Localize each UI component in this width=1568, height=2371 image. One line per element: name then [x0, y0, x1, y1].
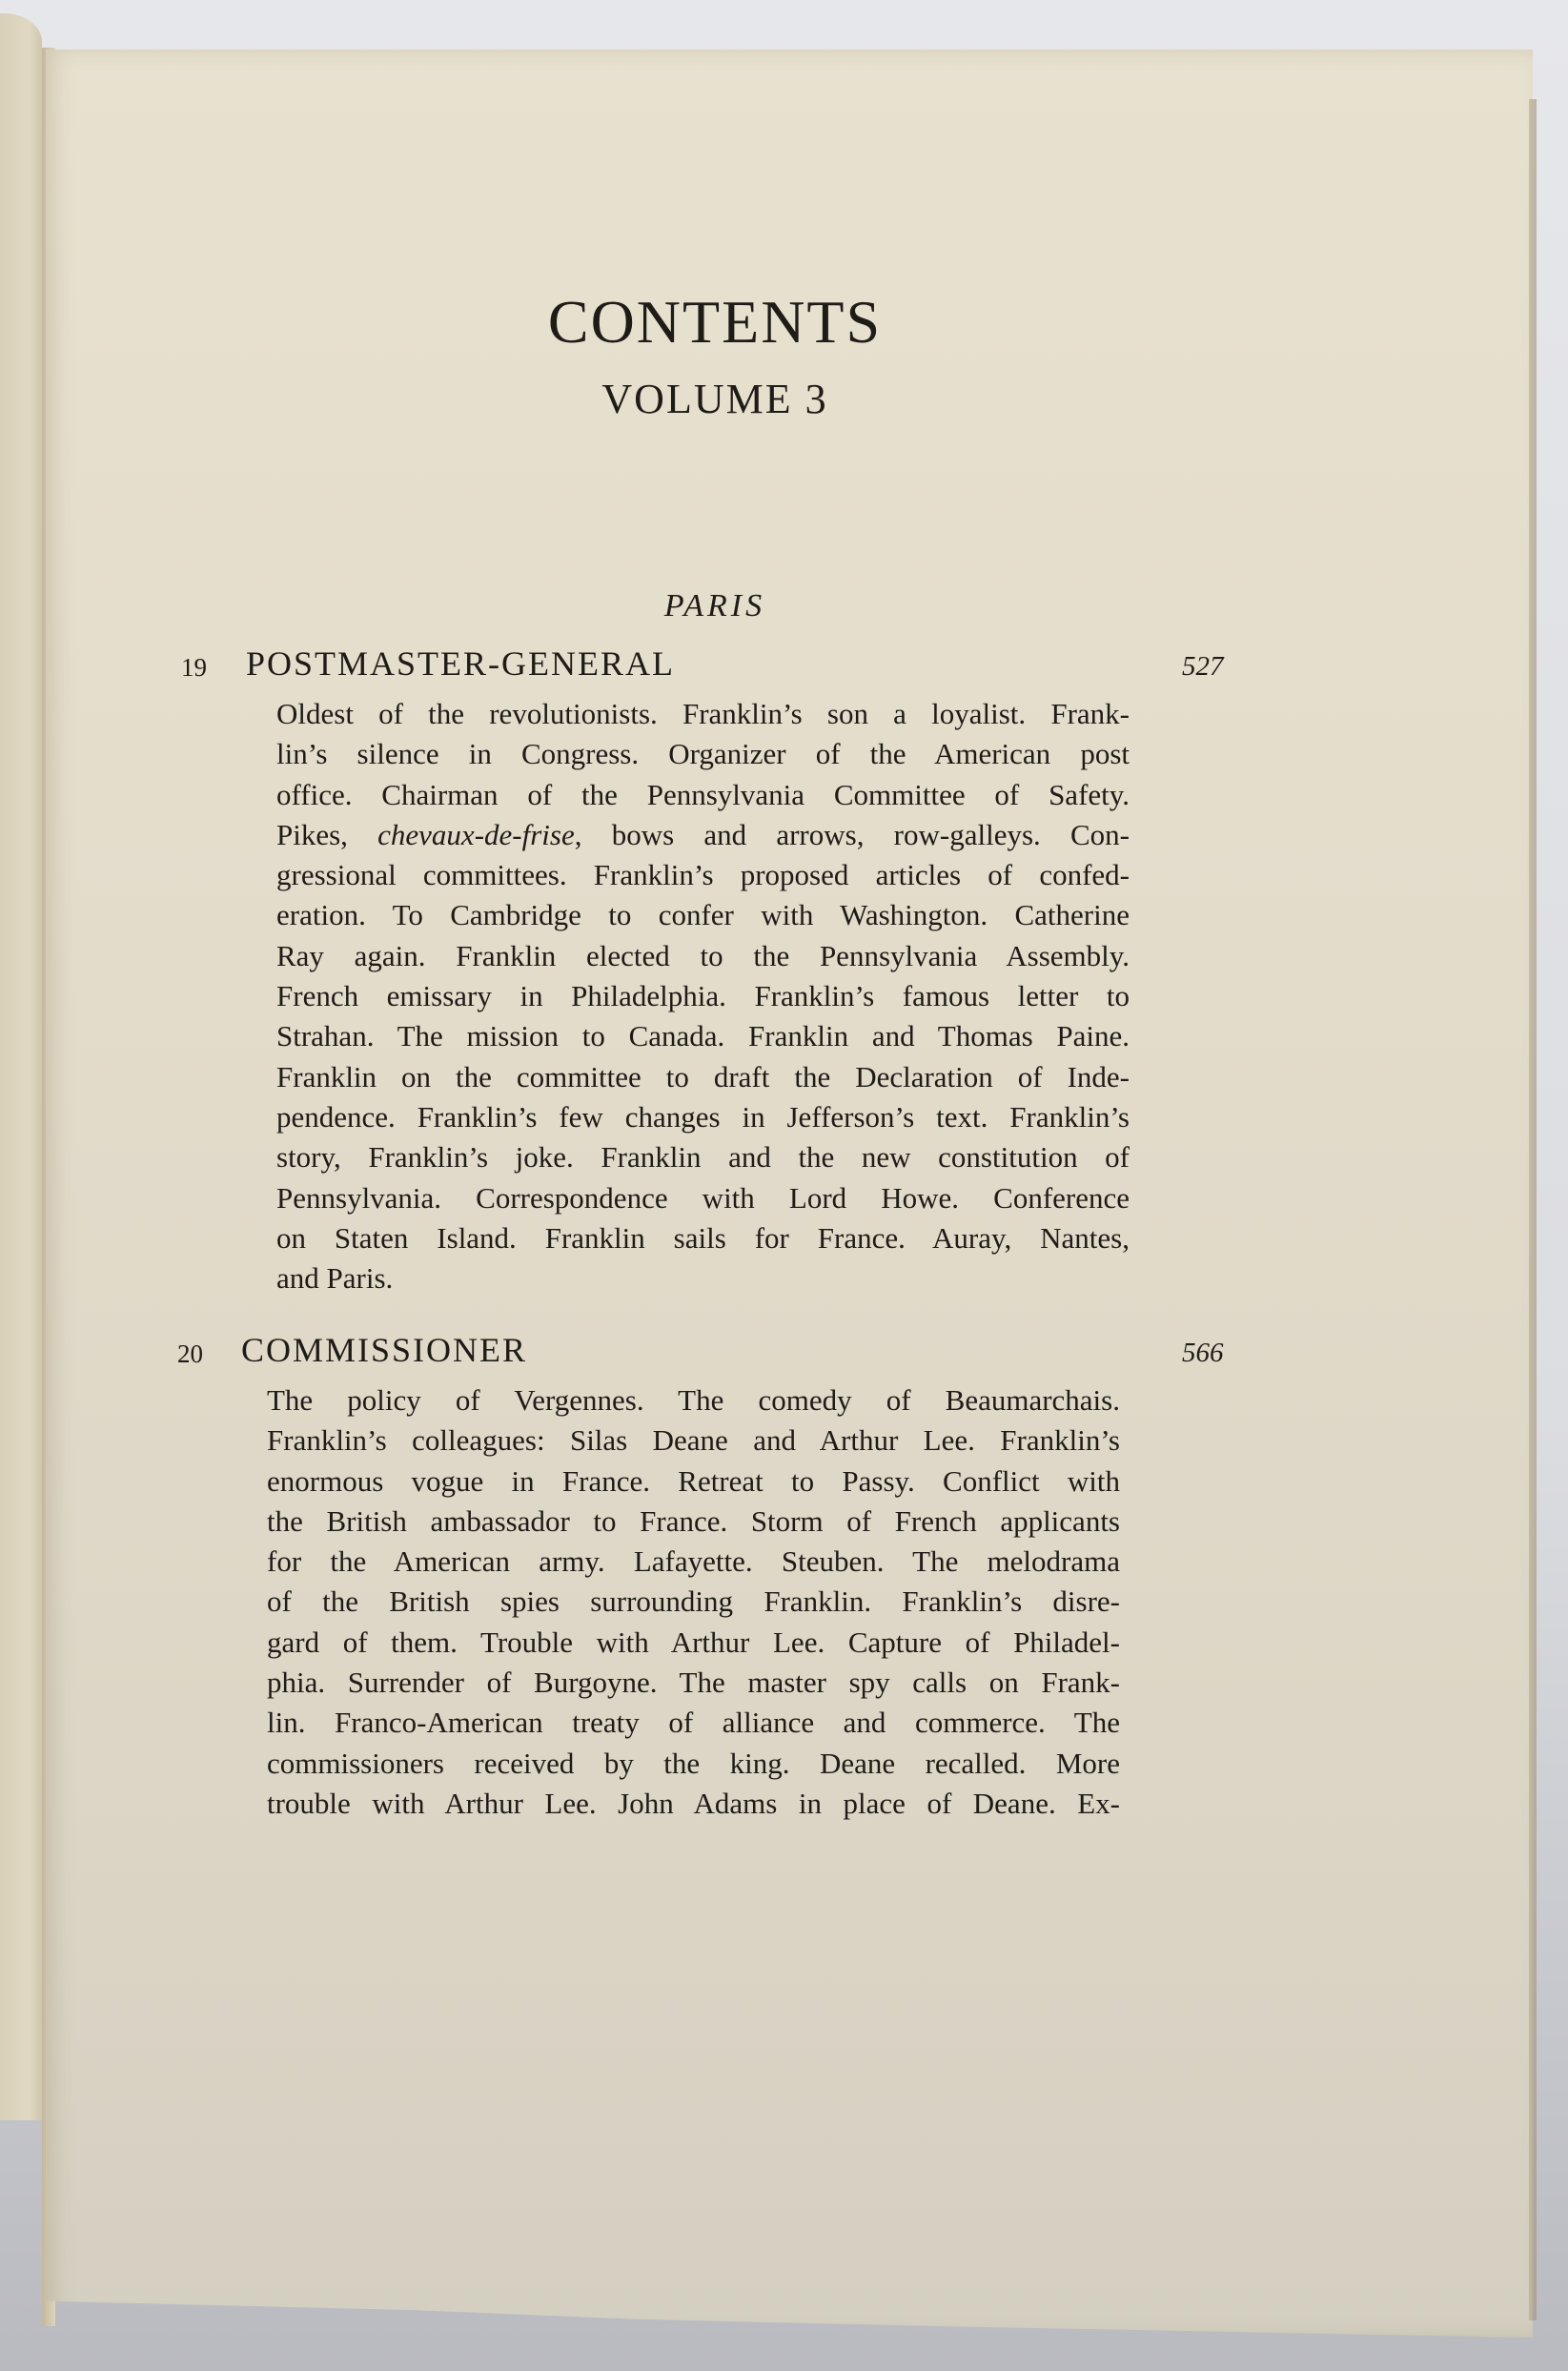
page-title: CONTENTS — [0, 287, 1430, 358]
chapter-summary: Oldest of the revolutionists. Franklin’s… — [276, 694, 1130, 1298]
summary-line: Pennsylvania. Correspondence with Lord H… — [276, 1178, 1130, 1218]
summary-line: lin. Franco-American treaty of alliance … — [267, 1703, 1120, 1743]
chapter-title: COMMISSIONER — [241, 1330, 527, 1370]
summary-line: eration. To Cambridge to confer with Was… — [276, 895, 1130, 935]
chapter-heading-row: 20 COMMISSIONER 566 — [0, 1330, 1568, 1378]
summary-line: story, Franklin’s joke. Franklin and the… — [276, 1137, 1130, 1177]
summary-line: Oldest of the revolutionists. Franklin’s… — [276, 694, 1130, 734]
summary-line: Franklin on the committee to draft the D… — [276, 1057, 1130, 1097]
summary-line: lin’s silence in Congress. Organizer of … — [276, 734, 1130, 774]
chapter-summary: The policy of Vergennes. The comedy of B… — [267, 1380, 1120, 1824]
summary-line: Franklin’s colleagues: Silas Deane and A… — [267, 1421, 1120, 1461]
summary-line: enormous vogue in France. Retreat to Pas… — [267, 1461, 1120, 1502]
summary-line: gard of them. Trouble with Arthur Lee. C… — [267, 1623, 1120, 1663]
chapter-heading-row: 19 POSTMASTER-GENERAL 527 — [0, 644, 1568, 691]
chapter-page-number: 527 — [1182, 651, 1224, 683]
summary-line: trouble with Arthur Lee. John Adams in p… — [267, 1784, 1120, 1824]
summary-line: on Staten Island. Franklin sails for Fra… — [276, 1218, 1130, 1258]
chapter-page-number: 566 — [1182, 1338, 1224, 1369]
italic-phrase: chevaux-de-frise — [377, 818, 575, 851]
summary-line: French emissary in Philadelphia. Frankli… — [276, 976, 1130, 1016]
summary-line: gressional committees. Franklin’s propos… — [276, 855, 1130, 895]
summary-line: Pikes, chevaux-de-frise, bows and arrows… — [276, 815, 1130, 855]
page-fore-edge — [1529, 99, 1537, 2320]
volume-heading: VOLUME 3 — [0, 375, 1430, 423]
summary-line: Strahan. The mission to Canada. Franklin… — [276, 1016, 1130, 1056]
chapter-number: 19 — [181, 653, 207, 683]
summary-line: the British ambassador to France. Storm … — [267, 1502, 1120, 1542]
summary-line: pendence. Franklin’s few changes in Jeff… — [276, 1097, 1130, 1137]
summary-line: of the British spies surrounding Frankli… — [267, 1582, 1120, 1622]
summary-line: office. Chairman of the Pennsylvania Com… — [276, 775, 1130, 815]
chapter-number: 20 — [177, 1339, 203, 1369]
part-heading: PARIS — [0, 588, 1430, 624]
chapter-entry: 19 POSTMASTER-GENERAL 527 Oldest of the … — [0, 644, 1568, 691]
summary-line: and Paris. — [276, 1258, 1130, 1298]
summary-line: phia. Surrender of Burgoyne. The master … — [267, 1663, 1120, 1703]
chapter-entry: 20 COMMISSIONER 566 The policy of Vergen… — [0, 1330, 1568, 1378]
chapter-title: POSTMASTER-GENERAL — [246, 644, 675, 684]
summary-line: commissioners received by the king. Dean… — [267, 1744, 1120, 1784]
summary-line: Ray again. Franklin elected to the Penns… — [276, 936, 1130, 976]
summary-line: The policy of Vergennes. The comedy of B… — [267, 1380, 1120, 1421]
summary-line: for the American army. Lafayette. Steube… — [267, 1542, 1120, 1582]
